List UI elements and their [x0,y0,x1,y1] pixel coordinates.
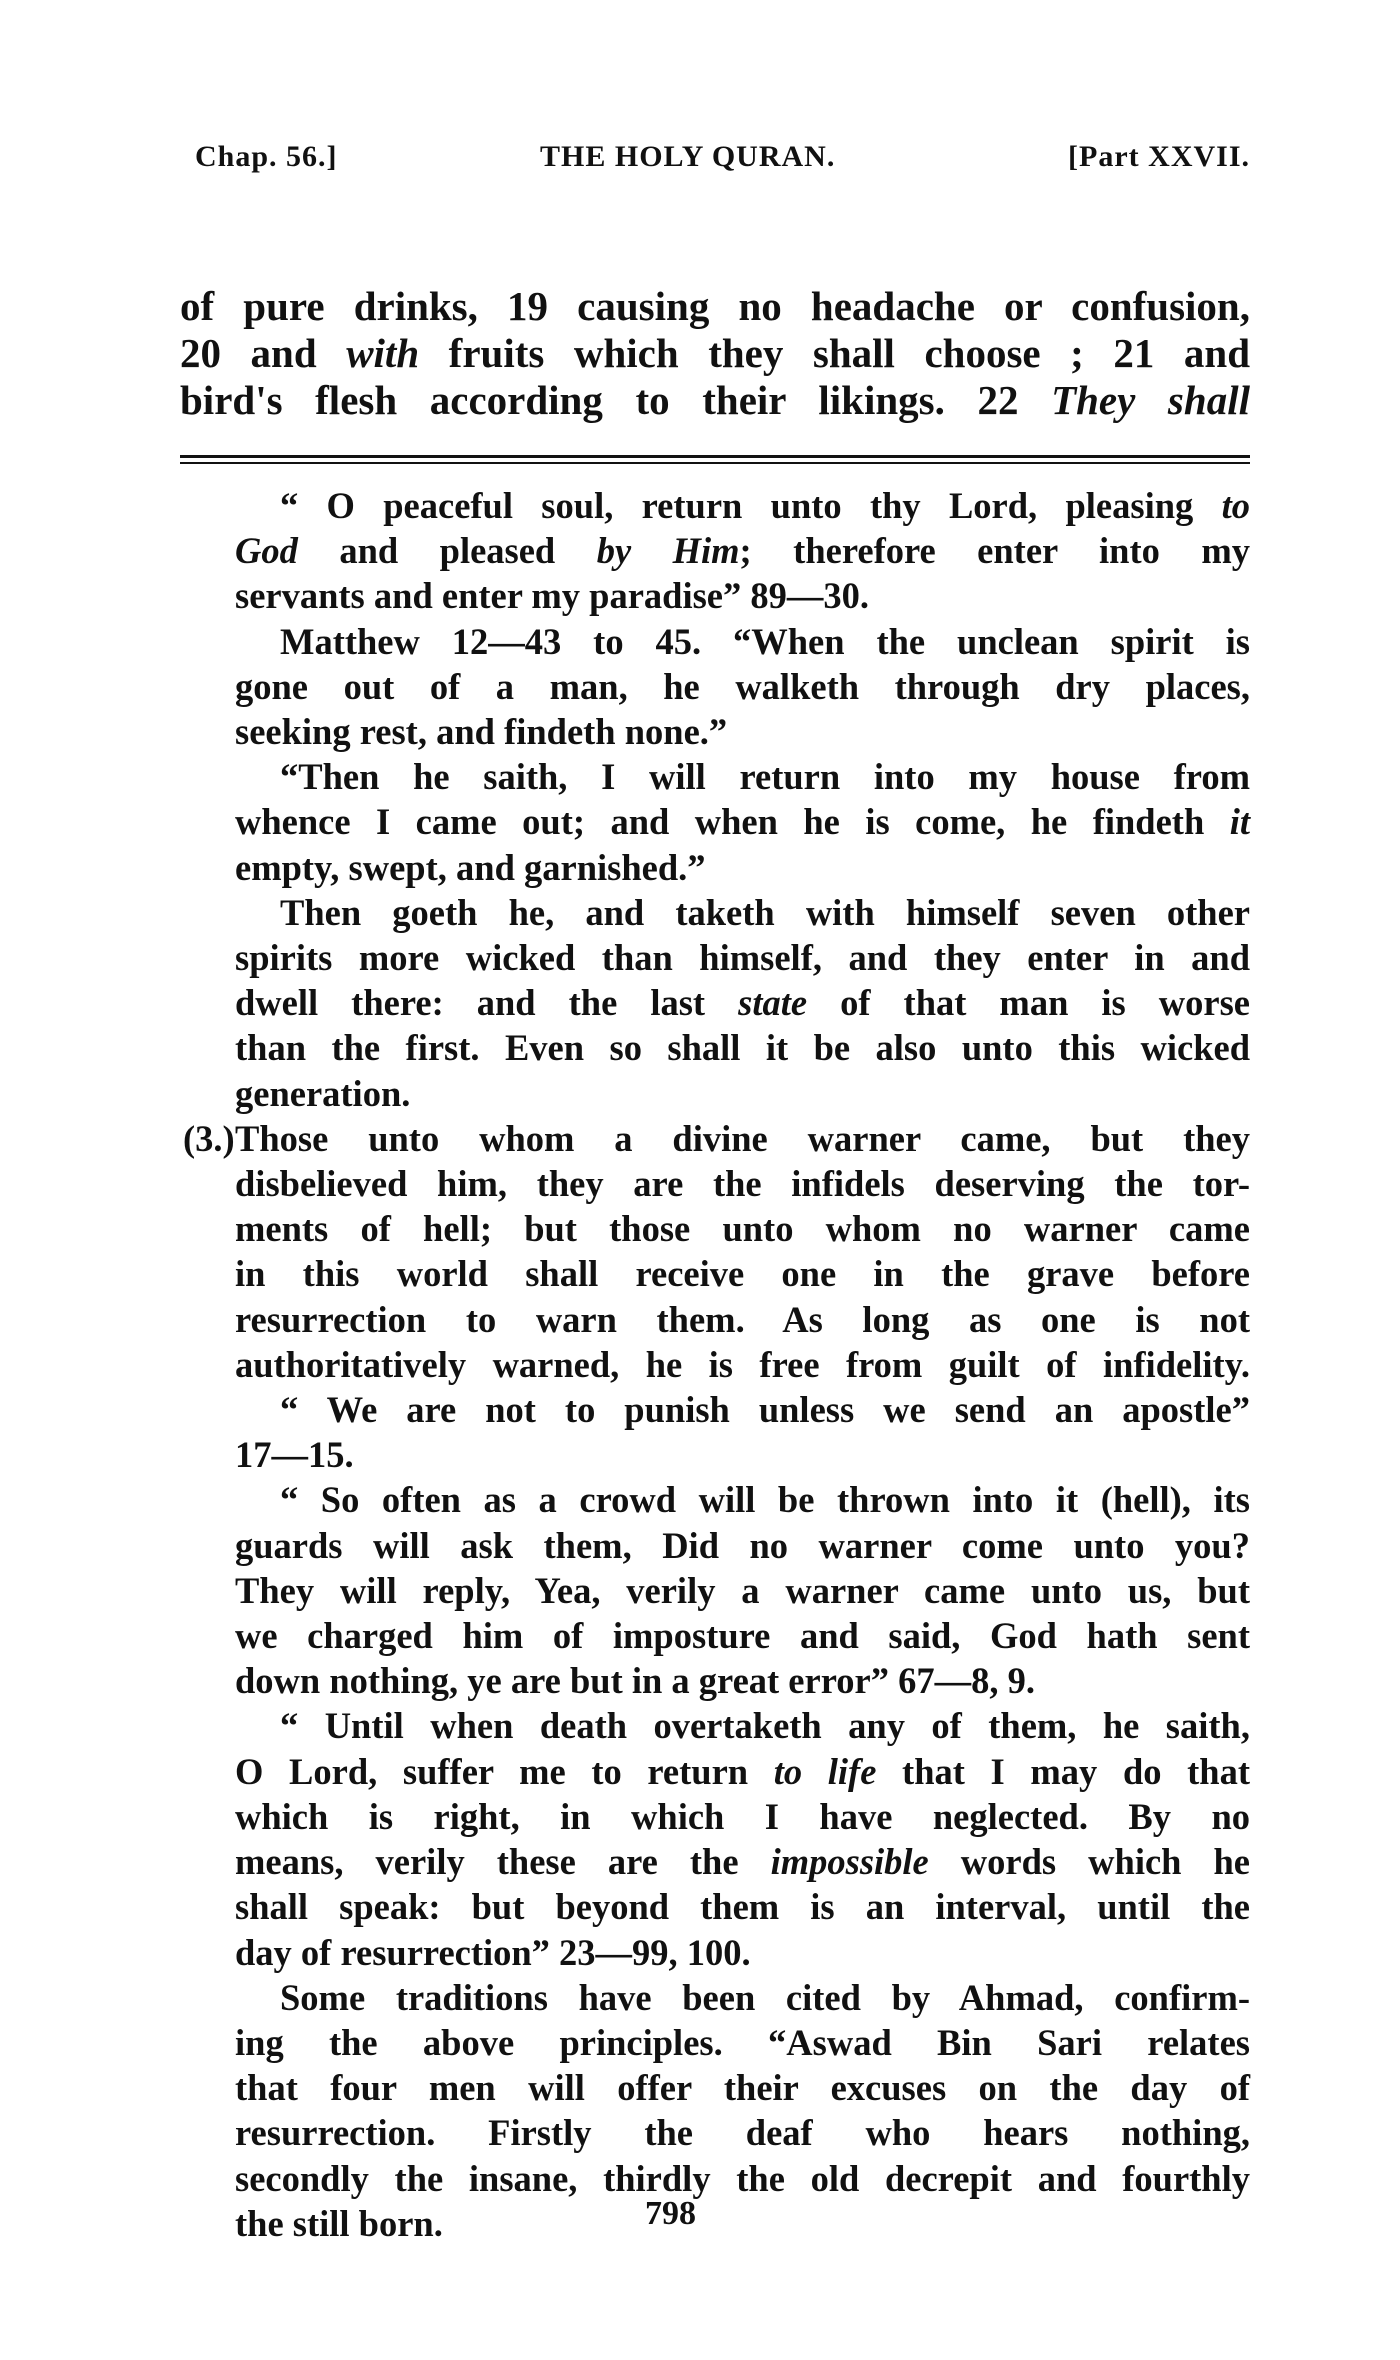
text-run: ing the above principles. “Aswad Bin Sar… [235,2022,1250,2063]
note-line: disbelieved him, they are the infidels d… [235,1161,1250,1206]
note-line: They will reply, Yea, verily a warner ca… [235,1568,1250,1613]
text-run: of that man is worse [807,982,1250,1023]
text-run: Matthew 12—43 to 45. “When the unclean s… [280,621,1250,662]
note-line: that four men will offer their excuses o… [235,2065,1250,2110]
italic-text: They shall [1051,377,1250,423]
text-run: guards will ask them, Did no warner come… [235,1525,1250,1566]
divider-rule [180,455,1250,464]
note-line: 17—15. [235,1432,1250,1477]
running-header: Chap. 56.] THE HOLY QURAN. [Part XXVII. [185,140,1250,190]
text-run: that four men will offer their excuses o… [235,2067,1250,2108]
note-line: Some traditions have been cited by Ahmad… [235,1975,1250,2020]
section-number: (3.) [183,1116,235,1161]
text-run: 20 and [180,330,346,376]
text-run: bird's flesh according to their likings.… [180,377,1051,423]
italic-text: God [235,530,298,571]
text-run: fruits which they shall choose ; 21 and [419,330,1250,376]
main-line: of pure drinks, 19 causing no headache o… [180,283,1250,330]
text-run: servants and enter my paradise” 89—30. [235,575,869,616]
note-line: guards will ask them, Did no warner come… [235,1523,1250,1568]
note-line: gone out of a man, he walketh through dr… [235,664,1250,709]
italic-text: to [1222,485,1250,526]
text-run: spirits more wicked than himself, and th… [235,937,1250,978]
note-line: Matthew 12—43 to 45. “When the unclean s… [235,619,1250,664]
italic-text: to life [774,1751,877,1792]
text-run: disbelieved him, they are the infidels d… [235,1163,1250,1204]
text-run: ments of hell; but those unto whom no wa… [235,1208,1250,1249]
page-number: 798 [645,2195,696,2233]
commentary-notes: “ O peaceful soul, return unto thy Lord,… [235,483,1250,2246]
text-run: seeking rest, and findeth none.” [235,711,727,752]
note-line: (3.)Those unto whom a divine warner came… [235,1116,1250,1161]
note-line: empty, swept, and garnished.” [235,845,1250,890]
note-line: Then goeth he, and taketh with himself s… [235,890,1250,935]
note-line: “ Until when death overtaketh any of the… [235,1703,1250,1748]
note-line: “ We are not to punish unless we send an… [235,1387,1250,1432]
note-line: whence I came out; and when he is come, … [235,799,1250,844]
note-line: seeking rest, and findeth none.” [235,709,1250,754]
note-line: day of resurrection” 23—99, 100. [235,1930,1250,1975]
italic-text: impossible [771,1841,929,1882]
italic-text: with [346,330,419,376]
text-run: O Lord, suffer me to return [235,1751,774,1792]
note-line: “ O peaceful soul, return unto thy Lord,… [235,483,1250,528]
text-run: Those unto whom a divine warner came, bu… [235,1118,1250,1159]
note-line: authoritatively warned, he is free from … [235,1342,1250,1387]
italic-text: state [738,982,807,1023]
note-line: resurrection. Firstly the deaf who hears… [235,2110,1250,2155]
text-run: empty, swept, and garnished.” [235,847,706,888]
text-run: Then goeth he, and taketh with himself s… [280,892,1250,933]
text-run: shall speak: but beyond them is an inter… [235,1886,1250,1927]
note-line: means, verily these are the impossible w… [235,1839,1250,1884]
italic-text: it [1230,801,1250,842]
text-run: down nothing, ye are but in a great erro… [235,1660,1035,1701]
book-title: THE HOLY QURAN. [540,140,835,174]
note-line: the still born. [235,2201,1250,2246]
main-line: bird's flesh according to their likings.… [180,377,1250,424]
note-line: servants and enter my paradise” 89—30. [235,573,1250,618]
note-line: God and pleased by Him; therefore enter … [235,528,1250,573]
text-run: resurrection. Firstly the deaf who hears… [235,2112,1250,2153]
text-run: which is right, in which I have neglecte… [235,1796,1250,1837]
note-line: “ So often as a crowd will be thrown int… [235,1477,1250,1522]
note-line: down nothing, ye are but in a great erro… [235,1658,1250,1703]
note-line: resurrection to warn them. As long as on… [235,1297,1250,1342]
text-run: words which he [929,1841,1250,1882]
note-line: which is right, in which I have neglecte… [235,1794,1250,1839]
text-run: the still born. [235,2203,443,2244]
text-run: “ O peaceful soul, return unto thy Lord,… [280,485,1222,526]
text-run: dwell there: and the last [235,982,738,1023]
text-run: that I may do that [876,1751,1250,1792]
text-run: They will reply, Yea, verily a warner ca… [235,1570,1250,1611]
text-run: “ We are not to punish unless we send an… [280,1389,1250,1430]
note-line: “Then he saith, I will return into my ho… [235,754,1250,799]
chapter-label: Chap. 56.] [195,140,338,174]
text-run: resurrection to warn them. As long as on… [235,1299,1250,1340]
text-run: ; therefore enter into my [740,530,1250,571]
note-line: than the first. Even so shall it be also… [235,1025,1250,1070]
text-run: “ So often as a crowd will be thrown int… [280,1479,1250,1520]
note-line: secondly the insane, thirdly the old dec… [235,2156,1250,2201]
text-run: “ Until when death overtaketh any of the… [280,1705,1250,1746]
note-line: shall speak: but beyond them is an inter… [235,1884,1250,1929]
text-run: of pure drinks, 19 causing no headache o… [180,283,1250,329]
text-run: in this world shall receive one in the g… [235,1253,1250,1294]
text-run: gone out of a man, he walketh through dr… [235,666,1250,707]
note-line: spirits more wicked than himself, and th… [235,935,1250,980]
text-run: and pleased [298,530,597,571]
part-label: [Part XXVII. [1068,140,1250,174]
note-line: generation. [235,1071,1250,1116]
note-line: in this world shall receive one in the g… [235,1251,1250,1296]
text-run: we charged him of imposture and said, Go… [235,1615,1250,1656]
text-run: authoritatively warned, he is free from … [235,1344,1250,1385]
note-line: ing the above principles. “Aswad Bin Sar… [235,2020,1250,2065]
text-run: whence I came out; and when he is come, … [235,801,1230,842]
note-line: dwell there: and the last state of that … [235,980,1250,1025]
text-run: secondly the insane, thirdly the old dec… [235,2158,1250,2199]
text-run: generation. [235,1073,410,1114]
text-run: than the first. Even so shall it be also… [235,1027,1250,1068]
main-line: 20 and with fruits which they shall choo… [180,330,1250,377]
italic-text: by Him [597,530,740,571]
text-run: means, verily these are the [235,1841,771,1882]
note-line: we charged him of imposture and said, Go… [235,1613,1250,1658]
text-run: “Then he saith, I will return into my ho… [280,756,1250,797]
text-run: Some traditions have been cited by Ahmad… [280,1977,1250,2018]
main-text: of pure drinks, 19 causing no headache o… [180,283,1250,424]
note-line: O Lord, suffer me to return to life that… [235,1749,1250,1794]
text-run: day of resurrection” 23—99, 100. [235,1932,751,1973]
text-run: 17—15. [235,1434,354,1475]
note-line: ments of hell; but those unto whom no wa… [235,1206,1250,1251]
